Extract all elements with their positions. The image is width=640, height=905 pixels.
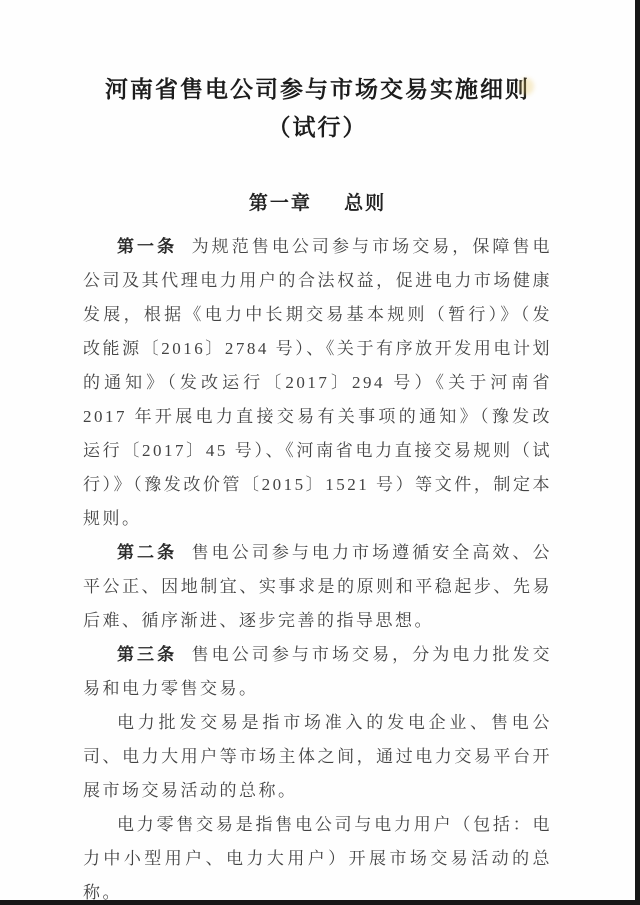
article-paragraph: 第三条售电公司参与市场交易，分为电力批发交易和电力零售交易。 (83, 638, 552, 706)
document-page: 河南省售电公司参与市场交易实施细则 （试行） 第一章总则 第一条为规范售电公司参… (0, 0, 640, 905)
chapter-heading: 第一章总则 (83, 188, 552, 215)
document-title-line1: 河南省售电公司参与市场交易实施细则 (105, 76, 530, 102)
document-title: 河南省售电公司参与市场交易实施细则 （试行） (83, 70, 552, 146)
scan-edge-bottom (0, 900, 640, 905)
document-body: 第一条为规范售电公司参与市场交易，保障售电公司及其代理电力用户的合法权益，促进电… (83, 230, 552, 905)
article-label: 第一条 (117, 237, 177, 256)
chapter-number: 第一章 (249, 193, 312, 214)
article-paragraph: 电力零售交易是指售电公司与电力用户（包括：电力中小型用户、电力大用户）开展市场交… (83, 808, 552, 905)
paragraph-text: 为规范售电公司参与市场交易，保障售电公司及其代理电力用户的合法权益，促进电力市场… (83, 237, 552, 528)
paragraph-text: 电力零售交易是指售电公司与电力用户（包括：电力中小型用户、电力大用户）开展市场交… (83, 815, 552, 902)
chapter-title: 总则 (344, 193, 386, 214)
article-paragraph: 第一条为规范售电公司参与市场交易，保障售电公司及其代理电力用户的合法权益，促进电… (83, 230, 552, 536)
article-paragraph: 第二条售电公司参与电力市场遵循安全高效、公平公正、因地制宜、实事求是的原则和平稳… (83, 536, 552, 638)
article-label: 第二条 (117, 543, 177, 562)
paragraph-text: 电力批发交易是指市场准入的发电企业、售电公司、电力大用户等市场主体之间，通过电力… (83, 713, 552, 800)
scan-edge-right (635, 0, 640, 905)
scan-smudge (519, 78, 534, 95)
article-paragraph: 电力批发交易是指市场准入的发电企业、售电公司、电力大用户等市场主体之间，通过电力… (83, 706, 552, 808)
document-title-line2: （试行） (268, 114, 368, 140)
article-label: 第三条 (117, 645, 177, 664)
